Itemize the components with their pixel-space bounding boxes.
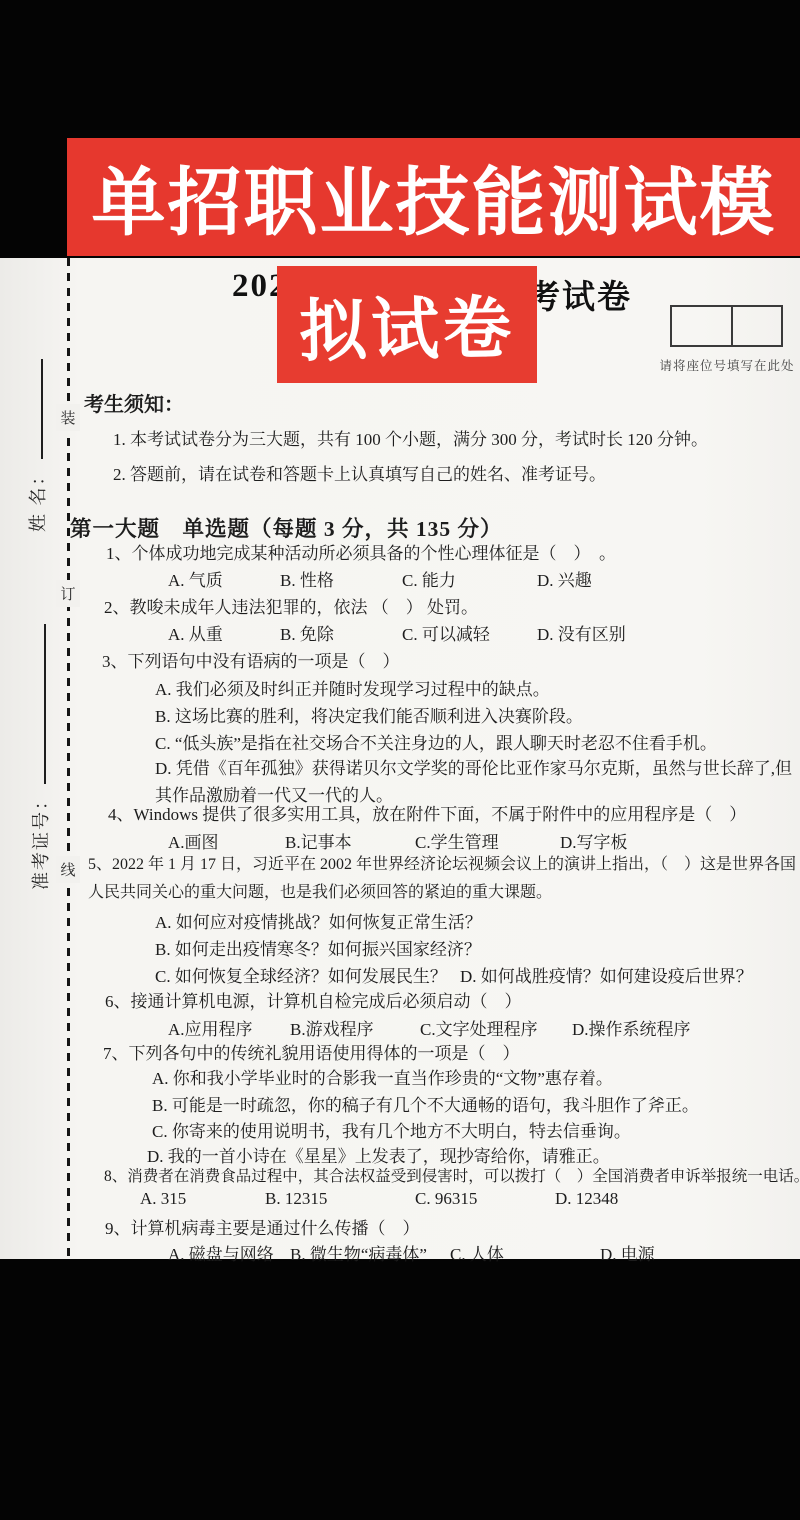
option: C. 人体 (450, 1240, 600, 1265)
option: B. 这场比赛的胜利，将决定我们能否顺利进入决赛阶段。 (155, 702, 583, 727)
option: A. 磁盘与网络 (168, 1240, 290, 1265)
question-5: 5、2022 年 1 月 17 日，习近平在 2002 年世界经济论坛视频会议上… (88, 851, 798, 907)
option: A. 从重 (168, 620, 280, 645)
title-sticker: 拟试卷 (277, 266, 537, 383)
question-6: 6、接通计算机电源，计算机自检完成后必须启动（ ） (105, 987, 522, 1012)
paper-title-right: 考试卷 (527, 271, 632, 318)
binding-char-zhuang: 装 (56, 404, 80, 431)
option: D.写字板 (560, 828, 628, 853)
title-banner-text: 单招职业技能测试模 (92, 144, 776, 250)
option: A. 315 (140, 1189, 265, 1209)
notice-heading: 考生须知： (84, 388, 184, 417)
name-field: 姓 名： (22, 332, 52, 532)
question-1-options: A. 气质 B. 性格 C. 能力 D. 兴趣 (168, 566, 592, 591)
option: C. 如何恢复全球经济？如何发展民生？ (155, 962, 460, 987)
seat-number-note: 请将座位号填写在此处 (648, 356, 800, 374)
option: A.画图 (168, 828, 285, 853)
option: B.游戏程序 (290, 1015, 420, 1040)
option: C. 可以减轻 (402, 620, 537, 645)
question-8-options: A. 315 B. 12315 C. 96315 D. 12348 (140, 1189, 618, 1209)
question-5-options-cd: C. 如何恢复全球经济？如何发展民生？ D. 如何战胜疫情？如何建设疫后世界？ (155, 962, 753, 987)
option: D. 如何战胜疫情？如何建设疫后世界？ (460, 962, 753, 987)
question-4: 4、Windows 提供了很多实用工具，放在附件下面，不属于附件中的应用程序是（… (108, 800, 746, 825)
option: B. 可能是一时疏忽，你的稿子有几个不大通畅的语句，我斗胆作了斧正。 (152, 1091, 699, 1116)
question-8: 8、消费者在消费食品过程中，其合法权益受到侵害时，可以拨打（ ）全国消费者申诉举… (104, 1164, 800, 1186)
option: D.操作系统程序 (572, 1015, 691, 1040)
option: A. 气质 (168, 566, 280, 591)
notice-item-1: 1. 本考试试卷分为三大题，共有 100 个小题，满分 300 分，考试时长 1… (113, 425, 708, 450)
question-4-options: A.画图 B.记事本 C.学生管理 D.写字板 (168, 828, 628, 853)
option: B. 如何走出疫情寒冬？如何振兴国家经济？ (155, 935, 481, 960)
title-sticker-text: 拟试卷 (298, 274, 516, 375)
option: A. 我们必须及时纠正并随时发现学习过程中的缺点。 (155, 675, 550, 700)
question-2-options: A. 从重 B. 免除 C. 可以减轻 D. 没有区别 (168, 620, 626, 645)
option: B. 12315 (265, 1189, 415, 1209)
question-9: 9、计算机病毒主要是通过什么传播（ ） (105, 1214, 420, 1239)
option: C.文字处理程序 (420, 1015, 572, 1040)
question-1: 1、个体成功地完成某种活动所必须具备的个性心理体征是（ ） 。 (106, 539, 616, 564)
question-7: 7、下列各句中的传统礼貌用语使用得体的一项是（ ） (103, 1039, 520, 1064)
binding-char-xian: 线 (56, 856, 80, 883)
option: C. “低头族”是指在社交场合不关注身边的人，跟人聊天时老忍不住看手机。 (155, 729, 717, 754)
exam-id-label: 准考证号： (27, 790, 53, 890)
seat-box-divider (731, 307, 733, 345)
option: B. 微生物“病毒体” (290, 1240, 450, 1265)
question-9-options: A. 磁盘与网络 B. 微生物“病毒体” C. 人体 D. 电源 (168, 1240, 655, 1265)
option: C. 96315 (415, 1189, 555, 1209)
option: A. 如何应对疫情挑战？如何恢复正常生活？ (155, 908, 482, 933)
name-label: 姓 名： (24, 466, 50, 533)
exam-id-blank-line (34, 624, 46, 784)
option: D. 电源 (600, 1240, 655, 1265)
binding-char-ding: 订 (56, 580, 80, 607)
option: B. 免除 (280, 620, 402, 645)
option: C.学生管理 (415, 828, 560, 853)
option: B.记事本 (285, 828, 415, 853)
option: D. 12348 (555, 1189, 618, 1209)
question-2: 2、教唆未成年人违法犯罪的，依法 （ ） 处罚。 (104, 593, 478, 618)
video-frame: 装 订 线 姓 名： 准考证号： 202 考试卷 请将座位号填写在此处 考生须知… (0, 0, 800, 1520)
question-6-options: A.应用程序 B.游戏程序 C.文字处理程序 D.操作系统程序 (168, 1015, 691, 1040)
option: C. 能力 (402, 566, 537, 591)
option: C. 你寄来的使用说明书，我有几个地方不大明白，特去信垂询。 (152, 1117, 631, 1142)
exam-id-field: 准考证号： (25, 560, 55, 890)
title-banner: 单招职业技能测试模 (67, 138, 800, 256)
option: A.应用程序 (168, 1015, 290, 1040)
option: D. 兴趣 (537, 566, 592, 591)
option: A. 你和我小学毕业时的合影我一直当作珍贵的“文物”惠存着。 (152, 1064, 613, 1089)
name-blank-line (31, 360, 43, 460)
exam-paper: 装 订 线 姓 名： 准考证号： 202 考试卷 请将座位号填写在此处 考生须知… (0, 258, 800, 1259)
notice-item-2: 2. 答题前，请在试卷和答题卡上认真填写自己的姓名、准考证号。 (113, 460, 606, 485)
option: D. 没有区别 (537, 620, 626, 645)
question-3: 3、下列语句中没有语病的一项是（ ） (102, 647, 400, 672)
option: B. 性格 (280, 566, 402, 591)
seat-number-box (670, 305, 783, 347)
